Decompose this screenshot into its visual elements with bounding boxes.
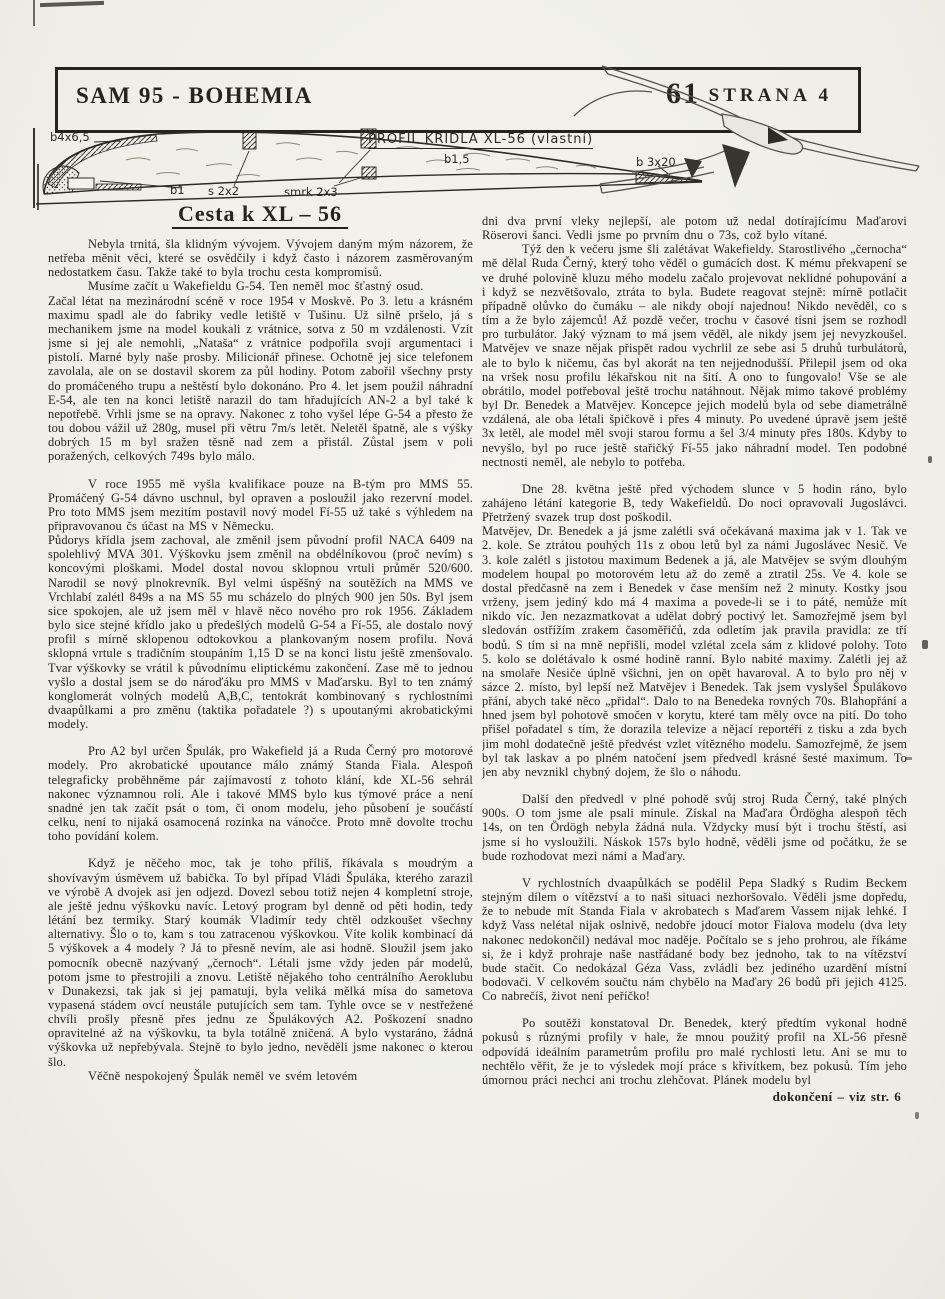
scan-artifact-left-line [33,128,35,208]
paragraph: Dne 28. května ještě před východem slunc… [482,482,907,524]
scan-artifact-speck [905,757,912,760]
glider-sketch [572,44,945,224]
paragraph: Po soutěži konstatoval Dr. Benedek, kter… [482,1016,907,1087]
paragraph: Týž den k večeru jsme šli zalétávat Wake… [482,242,907,469]
paragraph: V roce 1955 mě vyšla kvalifikace pouze n… [48,477,473,534]
paragraph: Matvějev, Dr. Benedek a já jsme zalétli … [482,524,907,779]
magazine-title: SAM 95 - BOHEMIA [76,83,313,109]
paragraph: Další den předvedl v plné pohodě svůj st… [482,792,907,863]
diagram-label-spar2: smrk 2x3 [284,185,338,199]
paragraph: Pro A2 byl určen Špulák, pro Wakefield j… [48,744,473,843]
continuation-note: dokončení – viz str. 6 [482,1090,907,1104]
diagram-label-sheeting: b4x6,5 [50,130,90,144]
diagram-label-covering: b1,5 [444,152,470,166]
paragraph: Věčně nespokojený Špulák neměl ve svém l… [48,1069,473,1083]
glider-fin [722,144,750,188]
scanned-magazine-page: SAM 95 - BOHEMIA 61 STRANA 4 [0,0,945,1299]
paragraph: V rychlostních dvaapůlkách se podělil Pe… [482,876,907,1003]
paragraph: Nebyla trnitá, šla klidným vývojem. Vývo… [48,237,473,279]
scan-artifact-speck [922,640,928,649]
scan-artifact-top-smudge [40,1,104,7]
diagram-label-spar1: s 2x2 [208,184,239,198]
paragraph: Půdorys křídla jsem zachoval, ale změnil… [48,533,473,731]
scan-artifact-speck [915,1112,919,1119]
paragraph: Musíme začít u Wakefieldu G-54. Ten nemě… [48,279,473,293]
paragraph: Když je něčeho moc, tak je toho příliš, … [48,856,473,1068]
scan-artifact-speck [928,456,932,463]
paragraph: Začal létat na mezinárodní scéně v roce … [48,294,473,464]
diagram-label-le-strip: b1 [170,183,185,197]
scan-artifact-left-line-top [33,0,35,26]
right-column: dni dva první vleky nejlepší, ale potom … [482,214,907,1280]
diagram-title: PROFIL KŘÍDLA XL-56 (vlastní) [368,132,593,149]
article-title: Cesta k XL – 56 [48,201,472,227]
left-column: Nebyla trnitá, šla klidným vývojem. Vývo… [48,237,473,1275]
